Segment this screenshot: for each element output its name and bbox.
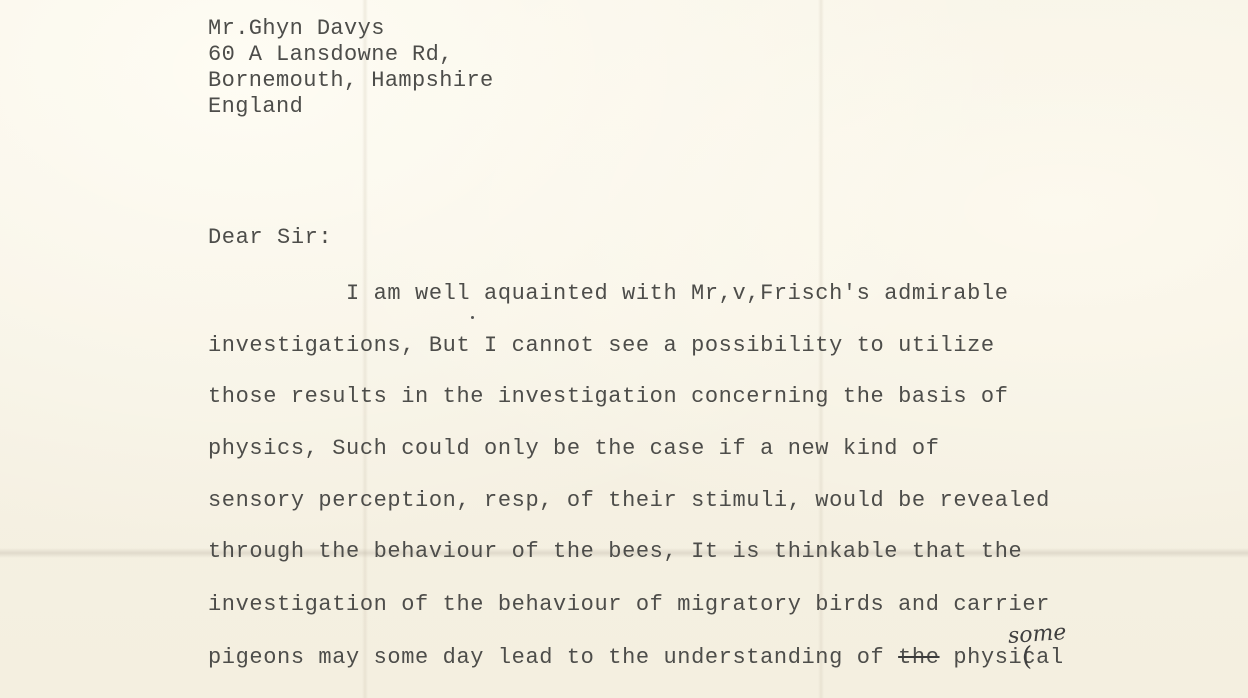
insertion-mark: ( xyxy=(1022,642,1032,672)
recipient-country: England xyxy=(208,94,303,119)
body-line: physics, Such could only be the case if … xyxy=(208,436,940,461)
body-line: through the behaviour of the bees, It is… xyxy=(208,539,1022,564)
body-line: sensory perception, resp, of their stimu… xyxy=(208,488,1050,513)
body-line: investigation of the behaviour of migrat… xyxy=(208,592,1050,617)
ink-dot xyxy=(471,316,474,319)
body-line: those results in the investigation conce… xyxy=(208,384,1009,409)
body-line: I am well aquainted with Mr,v,Frisch's a… xyxy=(346,281,1009,306)
recipient-street: 60 A Lansdowne Rd, xyxy=(208,42,453,67)
salutation: Dear Sir: xyxy=(208,225,332,250)
recipient-city: Bornemouth, Hampshire xyxy=(208,68,494,93)
handwritten-correction: some xyxy=(1007,620,1067,649)
body-line-prefix: pigeons may some day lead to the underst… xyxy=(208,645,898,670)
body-line: investigations, But I cannot see a possi… xyxy=(208,333,995,358)
body-line-corrected: pigeons may some day lead to the underst… xyxy=(208,645,1064,670)
struck-word: the xyxy=(898,645,939,670)
recipient-name: Mr.Ghyn Davys xyxy=(208,16,385,41)
